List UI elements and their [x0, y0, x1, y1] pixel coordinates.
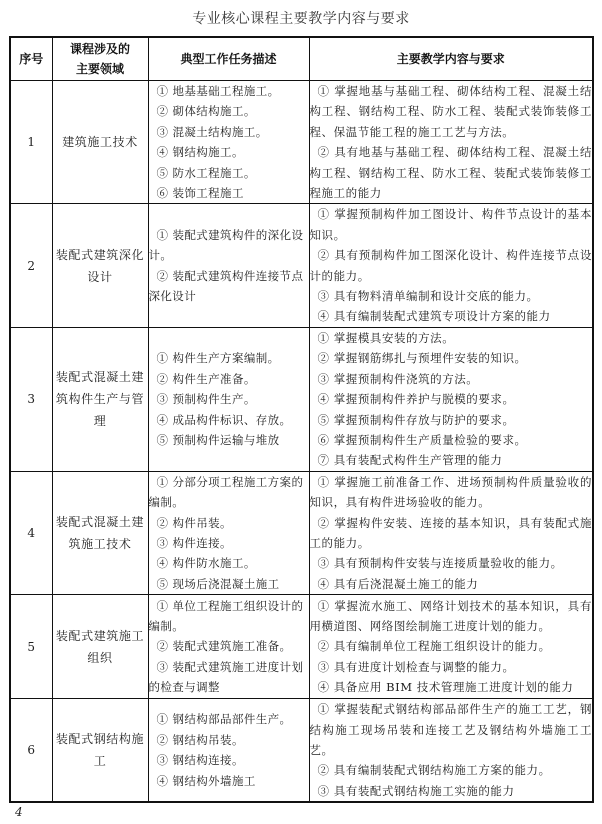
table-row: 2装配式建筑深化设计① 装配式建筑构件的深化设计。② 装配式建筑构件连接节点深化… [10, 204, 593, 327]
typical-tasks: ① 分部分项工程施工方案的编制。② 构件吊装。③ 构件连接。④ 构件防水施工。⑤… [148, 471, 309, 594]
course-field: 装配式钢结构施工 [52, 699, 148, 803]
task-item: ④ 成品构件标识、存放。 [149, 410, 309, 430]
requirement-item: ③ 具有预制构件安装与连接质量验收的能力。 [310, 553, 593, 573]
row-number: 5 [10, 595, 52, 699]
requirement-item: ④ 具有后浇混凝土施工的能力 [310, 574, 593, 594]
task-item: ① 单位工程施工组织设计的编制。 [149, 596, 309, 637]
requirement-item: ① 掌握地基与基础工程、砌体结构工程、混凝土结构工程、钢结构工程、防水工程、装配… [310, 81, 593, 142]
row-number: 2 [10, 204, 52, 327]
task-item: ② 构件吊装。 [149, 513, 309, 533]
requirement-item: ⑥ 掌握预制构件生产质量检验的要求。 [310, 430, 593, 450]
table-row: 5装配式建筑施工组织① 单位工程施工组织设计的编制。② 装配式建筑施工准备。③ … [10, 595, 593, 699]
table-header-row: 序号 课程涉及的 主要领域 典型工作任务描述 主要教学内容与要求 [10, 37, 593, 81]
typical-tasks: ① 钢结构部品部件生产。② 钢结构吊装。③ 钢结构连接。④ 钢结构外墙施工 [148, 699, 309, 803]
requirement-item: ① 掌握模具安装的方法。 [310, 328, 593, 348]
course-field: 装配式混凝土建筑施工技术 [52, 471, 148, 594]
task-item: ① 地基基础工程施工。 [149, 81, 309, 101]
requirement-item: ④ 掌握预制构件养护与脱模的要求。 [310, 389, 593, 409]
requirement-item: ② 掌握钢筋绑扎与预埋件安装的知识。 [310, 348, 593, 368]
requirement-item: ③ 掌握预制构件浇筑的方法。 [310, 369, 593, 389]
requirement-item: ② 掌握构件安装、连接的基本知识，具有装配式施工的能力。 [310, 513, 593, 554]
header-field-line1: 课程涉及的 [53, 39, 148, 59]
header-field: 课程涉及的 主要领域 [52, 37, 148, 81]
task-item: ④ 构件防水施工。 [149, 553, 309, 573]
header-reqs: 主要教学内容与要求 [309, 37, 593, 81]
teaching-requirements: ① 掌握装配式钢结构部品部件生产的施工工艺，钢结构施工现场吊装和连接工艺及钢结构… [309, 699, 593, 803]
header-tasks: 典型工作任务描述 [148, 37, 309, 81]
row-number: 1 [10, 81, 52, 204]
course-field: 装配式混凝土建筑构件生产与管理 [52, 327, 148, 471]
row-number: 6 [10, 699, 52, 803]
page-number: 4 [15, 805, 23, 819]
task-item: ④ 钢结构外墙施工 [149, 771, 309, 791]
task-item: ⑥ 装饰工程施工 [149, 183, 309, 203]
row-number: 3 [10, 327, 52, 471]
task-item: ③ 预制构件生产。 [149, 389, 309, 409]
row-number: 4 [10, 471, 52, 594]
task-item: ⑤ 预制构件运输与堆放 [149, 430, 309, 450]
typical-tasks: ① 地基基础工程施工。② 砌体结构施工。③ 混凝土结构施工。④ 钢结构施工。⑤ … [148, 81, 309, 204]
task-item: ② 钢结构吊装。 [149, 730, 309, 750]
task-item: ① 钢结构部品部件生产。 [149, 709, 309, 729]
task-item: ① 分部分项工程施工方案的编制。 [149, 472, 309, 513]
requirement-item: ② 具有地基与基础工程、砌体结构工程、混凝土结构工程、钢结构工程、防水工程、装配… [310, 142, 593, 203]
course-field: 建筑施工技术 [52, 81, 148, 204]
header-field-line2: 主要领域 [53, 59, 148, 79]
requirement-item: ⑤ 掌握预制构件存放与防护的要求。 [310, 410, 593, 430]
page-title: 专业核心课程主要教学内容与要求 [0, 8, 602, 28]
typical-tasks: ① 单位工程施工组织设计的编制。② 装配式建筑施工准备。③ 装配式建筑施工进度计… [148, 595, 309, 699]
task-item: ② 装配式建筑构件连接节点深化设计 [149, 266, 309, 307]
requirement-item: ③ 具有装配式钢结构施工实施的能力 [310, 781, 593, 801]
teaching-requirements: ① 掌握地基与基础工程、砌体结构工程、混凝土结构工程、钢结构工程、防水工程、装配… [309, 81, 593, 204]
teaching-requirements: ① 掌握施工前准备工作、进场预制构件质量验收的知识，具有构件进场验收的能力。② … [309, 471, 593, 594]
task-item: ⑤ 现场后浇混凝土施工 [149, 574, 309, 594]
requirement-item: ⑦ 具有装配式构件生产管理的能力 [310, 450, 593, 470]
task-item: ③ 钢结构连接。 [149, 750, 309, 770]
task-item: ③ 构件连接。 [149, 533, 309, 553]
task-item: ④ 钢结构施工。 [149, 142, 309, 162]
header-no: 序号 [10, 37, 52, 81]
task-item: ③ 装配式建筑施工进度计划的检查与调整 [149, 657, 309, 698]
task-item: ② 构件生产准备。 [149, 369, 309, 389]
requirement-item: ② 具有编制单位工程施工组织设计的能力。 [310, 636, 593, 656]
requirement-item: ① 掌握流水施工、网络计划技术的基本知识，具有用横道图、网络图绘制施工进度计划的… [310, 596, 593, 637]
requirement-item: ① 掌握预制构件加工图设计、构件节点设计的基本知识。 [310, 204, 593, 245]
teaching-requirements: ① 掌握流水施工、网络计划技术的基本知识，具有用横道图、网络图绘制施工进度计划的… [309, 595, 593, 699]
table-row: 6装配式钢结构施工① 钢结构部品部件生产。② 钢结构吊装。③ 钢结构连接。④ 钢… [10, 699, 593, 803]
course-field: 装配式建筑施工组织 [52, 595, 148, 699]
requirement-item: ① 掌握施工前准备工作、进场预制构件质量验收的知识，具有构件进场验收的能力。 [310, 472, 593, 513]
requirement-item: ② 具有编制装配式钢结构施工方案的能力。 [310, 760, 593, 780]
task-item: ② 装配式建筑施工准备。 [149, 636, 309, 656]
task-item: ③ 混凝土结构施工。 [149, 122, 309, 142]
teaching-requirements: ① 掌握预制构件加工图设计、构件节点设计的基本知识。② 具有预制构件加工图深化设… [309, 204, 593, 327]
requirement-item: ① 掌握装配式钢结构部品部件生产的施工工艺，钢结构施工现场吊装和连接工艺及钢结构… [310, 699, 593, 760]
requirement-item: ④ 具备应用 BIM 技术管理施工进度计划的能力 [310, 677, 593, 697]
teaching-requirements: ① 掌握模具安装的方法。② 掌握钢筋绑扎与预埋件安装的知识。③ 掌握预制构件浇筑… [309, 327, 593, 471]
table-row: 1建筑施工技术① 地基基础工程施工。② 砌体结构施工。③ 混凝土结构施工。④ 钢… [10, 81, 593, 204]
requirement-item: ③ 具有物料清单编制和设计交底的能力。 [310, 286, 593, 306]
requirement-item: ② 具有预制构件加工图深化设计、构件连接节点设计的能力。 [310, 245, 593, 286]
task-item: ② 砌体结构施工。 [149, 101, 309, 121]
course-field: 装配式建筑深化设计 [52, 204, 148, 327]
table-row: 3装配式混凝土建筑构件生产与管理① 构件生产方案编制。② 构件生产准备。③ 预制… [10, 327, 593, 471]
requirement-item: ④ 具有编制装配式建筑专项设计方案的能力 [310, 306, 593, 326]
table-row: 4装配式混凝土建筑施工技术① 分部分项工程施工方案的编制。② 构件吊装。③ 构件… [10, 471, 593, 594]
task-item: ① 构件生产方案编制。 [149, 348, 309, 368]
typical-tasks: ① 装配式建筑构件的深化设计。② 装配式建筑构件连接节点深化设计 [148, 204, 309, 327]
typical-tasks: ① 构件生产方案编制。② 构件生产准备。③ 预制构件生产。④ 成品构件标识、存放… [148, 327, 309, 471]
requirement-item: ③ 具有进度计划检查与调整的能力。 [310, 657, 593, 677]
curriculum-table: 序号 课程涉及的 主要领域 典型工作任务描述 主要教学内容与要求 1建筑施工技术… [9, 36, 594, 803]
task-item: ① 装配式建筑构件的深化设计。 [149, 225, 309, 266]
task-item: ⑤ 防水工程施工。 [149, 163, 309, 183]
